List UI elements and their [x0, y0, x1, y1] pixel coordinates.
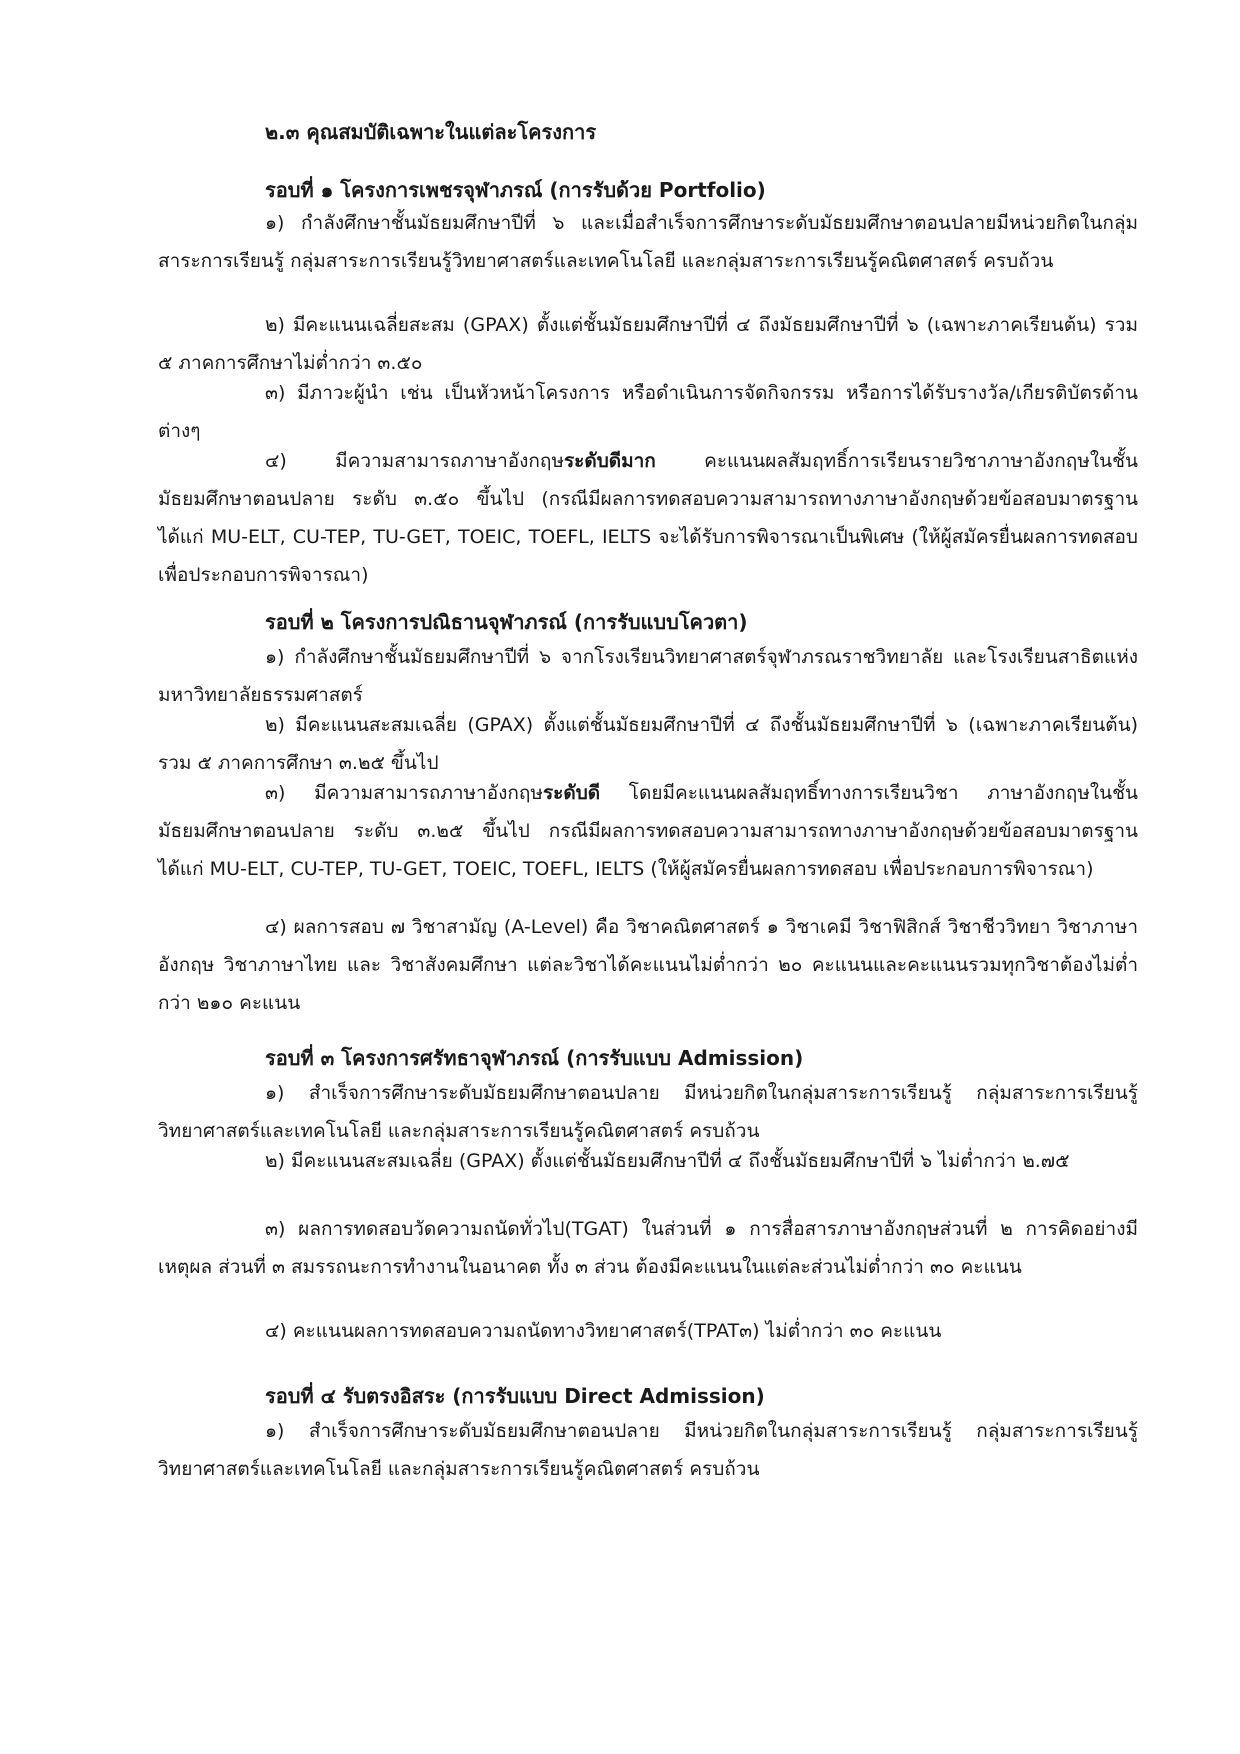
round-2-item-1: ๑) กำลังศึกษาชั้นมัธยมศึกษาปีที่ ๖ จากโร…	[158, 638, 1138, 714]
round-4-heading: รอบที่ ๔ รับตรงอิสระ (การรับแบบ Direct A…	[265, 1380, 765, 1412]
round-1-item-1: ๑) กำลังศึกษาชั้นมัธยมศึกษาปีที่ ๖ และเม…	[158, 204, 1138, 280]
round-3-heading: รอบที่ ๓ โครงการศรัทธาจุฬาภรณ์ (การรับแบ…	[265, 1042, 803, 1074]
section-title: ๒.๓ คุณสมบัติเฉพาะในแต่ละโครงการ	[265, 116, 596, 148]
round-2-heading: รอบที่ ๒ โครงการปณิธานจุฬาภรณ์ (การรับแบ…	[265, 606, 748, 638]
round-3-item-2: ๒) มีคะแนนสะสมเฉลี่ย (GPAX) ตั้งแต่ชั้นม…	[158, 1142, 1138, 1180]
round-2-item-2: ๒) มีคะแนนสะสมเฉลี่ย (GPAX) ตั้งแต่ชั้นม…	[158, 706, 1138, 782]
emphasis-level: ระดับดี	[543, 782, 600, 804]
round-3-item-1: ๑) สำเร็จการศึกษาระดับมัธยมศึกษาตอนปลาย …	[158, 1074, 1138, 1150]
round-3-item-3: ๓) ผลการทดสอบวัดความถนัดทั่วไป(TGAT) ในส…	[158, 1210, 1138, 1286]
round-2-item-4: ๔) ผลการสอบ ๗ วิชาสามัญ (A-Level) คือ วิ…	[158, 908, 1138, 1022]
round-1-item-3: ๓) มีภาวะผู้นำ เช่น เป็นหัวหน้าโครงการ ห…	[158, 374, 1138, 450]
round-4-item-1: ๑) สำเร็จการศึกษาระดับมัธยมศึกษาตอนปลาย …	[158, 1412, 1138, 1488]
round-3-item-4: ๔) คะแนนผลการทดสอบความถนัดทางวิทยาศาสตร์…	[158, 1312, 1138, 1350]
round-1-item-4: ๔) มีความสามารถภาษาอังกฤษระดับดีมาก คะแน…	[158, 442, 1138, 594]
round-2-item-3: ๓) มีความสามารถภาษาอังกฤษระดับดี โดยมีคะ…	[158, 774, 1138, 888]
round-1-heading: รอบที่ ๑ โครงการเพชรจุฬาภรณ์ (การรับด้วย…	[265, 174, 766, 206]
round-1-item-2: ๒) มีคะแนนเฉลี่ยสะสม (GPAX) ตั้งแต่ชั้นม…	[158, 306, 1138, 382]
emphasis-level: ระดับดีมาก	[564, 450, 656, 472]
